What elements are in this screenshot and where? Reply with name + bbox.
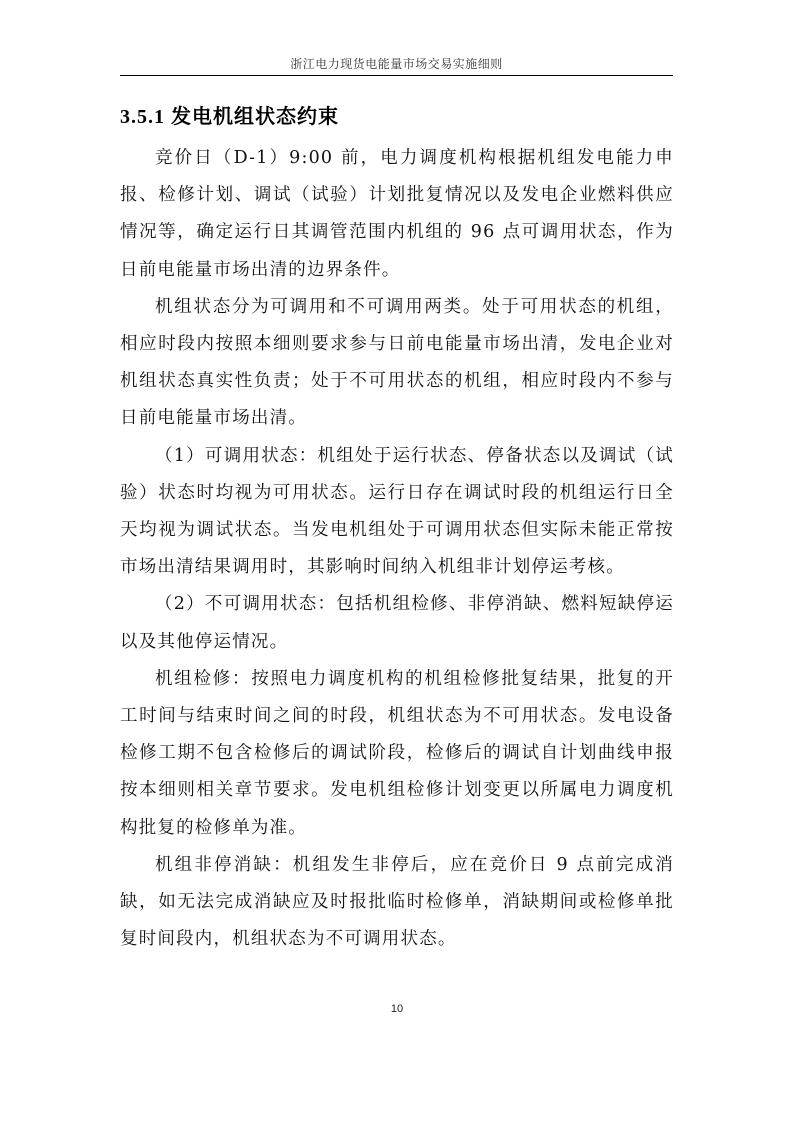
body-text: 竞价日（D-1）9:00 前，电力调度机构根据机组发电能力申报、检修计划、调试（… xyxy=(120,140,674,958)
paragraph-status-classes: 机组状态分为可调用和不可调用两类。处于可用状态的机组，相应时段内按照本细则要求参… xyxy=(120,289,674,438)
section-number: 3.5.1 xyxy=(120,106,165,128)
paragraph-available-status: （1）可调用状态：机组处于运行状态、停备状态以及调试（试验）状态时均视为可用状态… xyxy=(120,438,674,587)
section-title: 发电机组状态约束 xyxy=(171,106,339,128)
section-heading: 3.5.1 发电机组状态约束 xyxy=(120,100,339,129)
paragraph-unit-maintenance: 机组检修：按照电力调度机构的机组检修批复结果，批复的开工时间与结束时间之间的时段… xyxy=(120,661,674,847)
document-page: 浙江电力现货电能量市场交易实施细则 3.5.1 发电机组状态约束 竞价日（D-1… xyxy=(0,0,794,1123)
header-rule xyxy=(120,75,673,76)
paragraph-unavailable-status: （2）不可调用状态：包括机组检修、非停消缺、燃料短缺停运以及其他停运情况。 xyxy=(120,586,674,660)
paragraph-forced-outage-repair: 机组非停消缺：机组发生非停后，应在竞价日 9 点前完成消缺，如无法完成消缺应及时… xyxy=(120,847,674,959)
running-header: 浙江电力现货电能量市场交易实施细则 xyxy=(120,55,673,72)
page-number: 10 xyxy=(0,1003,794,1015)
paragraph-intro: 竞价日（D-1）9:00 前，电力调度机构根据机组发电能力申报、检修计划、调试（… xyxy=(120,140,674,289)
